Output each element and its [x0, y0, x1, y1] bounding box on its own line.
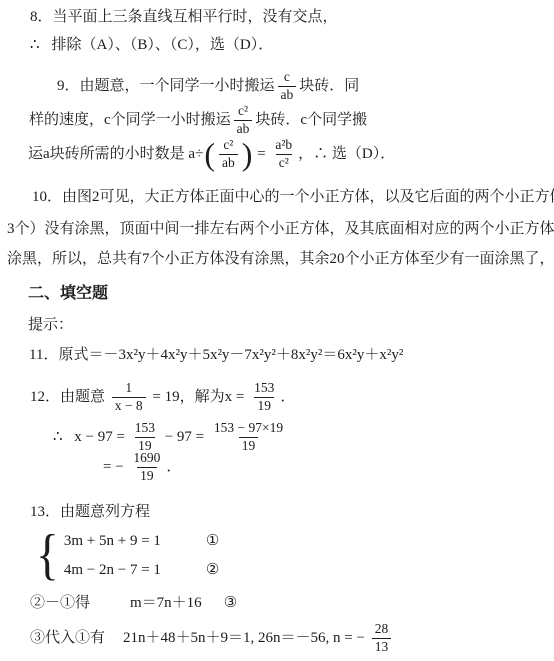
problem12-line1: 12．由题意 1x − 8 = 19，解为x = 15319．	[30, 380, 295, 415]
fraction-numerator: 153	[251, 380, 277, 397]
problem10-line2: 3个）没有涂黑，顶面中间一排左右两个小正方体，及其底面相对应的两个小正方体没有	[7, 220, 554, 240]
fraction-numerator: 1	[122, 380, 135, 397]
equals-sign: =	[253, 145, 269, 165]
section2-heading: 二、填空题	[28, 284, 108, 305]
problem12-line1-text-a: 12．由题意	[30, 388, 109, 408]
problem9-line1-text-a: 9．由题意，一个同学一小时搬运	[57, 77, 275, 97]
fraction-denominator: 19	[239, 437, 259, 455]
fraction-denominator: 13	[372, 638, 392, 656]
section2-hint: 提示：	[28, 316, 73, 336]
equation-system: { 3m + 5n + 9 = 1① 4m − 2n − 7 = 1②	[34, 527, 219, 583]
fraction-denominator: 19	[254, 397, 274, 415]
equation-3-tag: ③	[224, 594, 237, 614]
fraction-numerator: c²	[220, 137, 236, 154]
fraction-numerator: 153 − 97×19	[211, 420, 286, 437]
fraction-denominator: ab	[278, 86, 297, 104]
problem12-line3: = − 169019．	[103, 450, 181, 485]
therefore-symbol: ∴	[30, 37, 40, 53]
fraction-a2b-over-c2: a²bc²	[272, 137, 295, 172]
problem12-line1-text-c: ．	[280, 388, 295, 408]
equation-1-tag: ①	[206, 530, 219, 552]
problem9-line2-text-a: 样的速度，c个同学一小时搬运	[29, 111, 231, 131]
problem9-line3: 运a块砖所需的小时数是 a÷(c²ab) = a²bc²，∴ 选（D）．	[28, 137, 395, 172]
problem13-line1: 13．由题意列方程	[30, 503, 150, 523]
problem9-line2-text-b: 块砖．c个同学搬	[255, 111, 367, 131]
equation-2: 4m − 2n − 7 = 1	[64, 559, 196, 581]
fraction-denominator: ab	[219, 154, 238, 172]
problem8-line1: 8．当平面上三条直线互相平行时，没有交点，	[30, 8, 338, 28]
equation-2-tag: ②	[206, 559, 219, 581]
problem11-line1: 11．原式＝－3x²y＋4x²y＋5x²y－7x²y²＋8x²y²＝6x²y＋x…	[29, 346, 403, 366]
problem9-line1-text-b: 块砖．同	[299, 77, 359, 97]
problem12-line3-text-a: = −	[103, 458, 127, 478]
problem10-line1: 10．由图2可见，大正方体正面中心的一个小正方体，以及它后面的两个小正方体（共	[32, 188, 554, 208]
fraction-1-over-x-minus-8: 1x − 8	[112, 380, 146, 415]
equation-1: 3m + 5n + 9 = 1	[64, 530, 196, 552]
problem8-line2: ∴排除（A）、（B）、（C），选（D）．	[30, 36, 273, 56]
document-page: 8．当平面上三条直线互相平行时，没有交点， ∴排除（A）、（B）、（C），选（D…	[0, 0, 554, 661]
fraction-denominator: ab	[234, 120, 253, 138]
fraction-1690-over-19: 169019	[130, 450, 163, 485]
problem12-line1-text-b: = 19，解为x =	[149, 388, 248, 408]
problem10-line3: 涂黑，所以，总共有7个小正方体没有涂黑，其余20个小正方体至少有一面涂黑了，选（…	[7, 250, 554, 270]
problem8-line2-text: 排除（A）、（B）、（C），选（D）．	[52, 36, 274, 56]
fraction-numerator: 28	[372, 621, 392, 638]
problem9-line3-text-b: ，∴ 选（D）．	[298, 145, 395, 165]
problem12-line2-text-a: x − 97 =	[71, 428, 129, 448]
system-row-2: 4m − 2n − 7 = 1②	[64, 559, 219, 581]
fraction-28-over-13: 2813	[372, 621, 392, 656]
problem12-line2-text-b: − 97 =	[161, 428, 208, 448]
fraction-numerator: a²b	[272, 137, 295, 154]
fraction-denominator: x − 8	[112, 397, 146, 415]
problem13-line2-result: m＝7n＋16	[130, 594, 202, 614]
fraction-c-over-ab: cab	[278, 69, 297, 104]
fraction-denominator: 19	[137, 467, 157, 485]
therefore-symbol: ∴	[53, 428, 63, 448]
problem9-line1: 9．由题意，一个同学一小时搬运cab块砖．同	[57, 69, 359, 104]
fraction-153-minus-97x19-over-19: 153 − 97×1919	[211, 420, 286, 455]
fraction-numerator: 1690	[130, 450, 163, 467]
fraction-153-over-19: 15319	[251, 380, 277, 415]
problem12-line3-text-b: ．	[166, 458, 181, 478]
fraction-numerator: c²	[235, 103, 251, 120]
system-rows: 3m + 5n + 9 = 1① 4m − 2n − 7 = 1②	[64, 530, 219, 581]
problem9-line3-text-a: 运a块砖所需的小时数是 a÷	[28, 145, 203, 165]
problem13-line2: ②－①得m＝7n＋16③	[30, 594, 237, 614]
problem13-line3-calc: 21n＋48＋5n＋9＝1, 26n＝－56, n = −	[123, 629, 369, 649]
problem9-line2: 样的速度，c个同学一小时搬运c²ab块砖．c个同学搬	[29, 103, 367, 138]
system-row-1: 3m + 5n + 9 = 1①	[64, 530, 219, 552]
left-brace: {	[36, 527, 59, 583]
close-paren: )	[242, 138, 253, 170]
fraction-numerator: 153	[132, 420, 158, 437]
fraction-numerator: c	[281, 69, 293, 86]
problem13-line2-step: ②－①得	[30, 595, 90, 611]
open-paren: (	[204, 138, 215, 170]
fraction-c2-over-ab: c²ab	[219, 137, 238, 172]
fraction-denominator: c²	[276, 154, 292, 172]
problem13-line3: ③代入①有21n＋48＋5n＋9＝1, 26n＝－56, n = − 2813	[30, 621, 394, 656]
fraction-c2-over-ab: c²ab	[234, 103, 253, 138]
problem13-line3-step: ③代入①有	[30, 629, 105, 649]
